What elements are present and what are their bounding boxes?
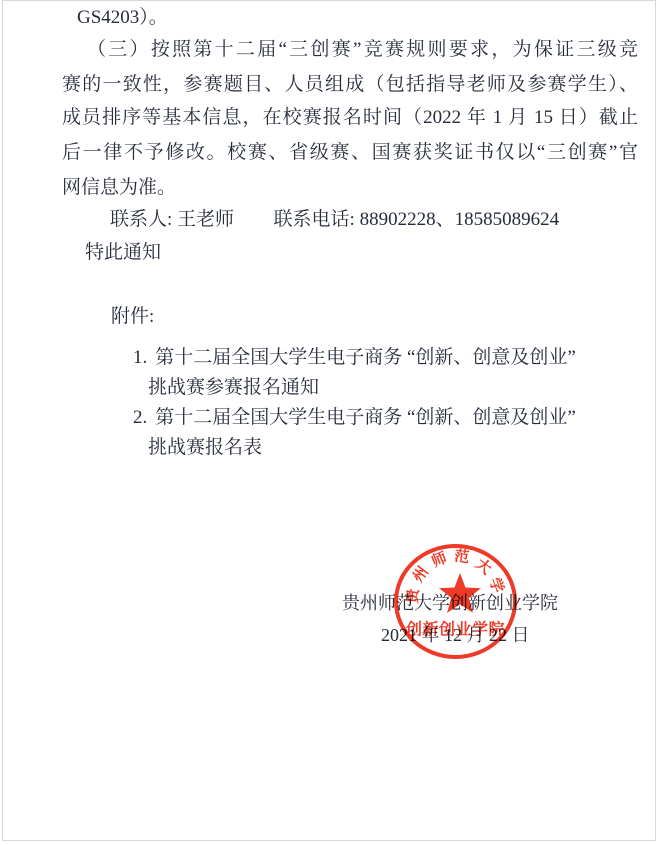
paragraph-line-5: 网信息为准。 (62, 176, 638, 200)
attachment-1-line-2: 挑战赛参赛报名通知 (148, 376, 319, 400)
paragraph-line-1: （三）按照第十二届“三创赛”竞赛规则要求，为保证三级竞 (62, 38, 638, 62)
contact-person-name: 王老师 (177, 209, 234, 230)
attachment-2-number: 2. (133, 406, 147, 430)
document-page: GS4203）。 （三）按照第十二届“三创赛”竞赛规则要求，为保证三级竞 赛的一… (0, 0, 661, 845)
contact-phone-label: 联系电话: (274, 209, 355, 230)
paragraph-line-2: 赛的一致性，参赛题目、人员组成（包括指导老师及参赛学生）、 (62, 73, 638, 97)
official-seal: 贵 州 师 范 大 学 创新创业学院 (394, 544, 517, 659)
attachment-item-2: 2. 第十二届全国大学生电子商务 “创新、创意及创业” (133, 406, 576, 430)
attachment-1-number: 1. (133, 346, 147, 370)
contact-person-label: 联系人: (110, 209, 172, 230)
seal-arc-char-4: 范 (453, 545, 471, 568)
attachment-item-1: 1. 第十二届全国大学生电子商务 “创新、创意及创业” (133, 346, 576, 370)
seal-arc-char-1: 贵 (401, 588, 423, 605)
attachments-label: 附件: (111, 305, 154, 329)
paragraph-line-4: 后一律不予修改。校赛、省级赛、国赛获奖证书仅以“三创赛”官 (62, 141, 638, 165)
overflow-line: GS4203）。 (77, 6, 168, 30)
contact-phone-numbers: 88902228、18585089624 (360, 209, 560, 230)
seal-banner-text: 创新创业学院 (406, 617, 505, 640)
paragraph-line-3: 成员排序等基本信息，在校赛报名时间（2022 年 1 月 15 日）截止 (62, 106, 638, 130)
contact-line: 联系人: 王老师 联系电话: 88902228、18585089624 (110, 208, 559, 232)
attachment-1-line-1: 第十二届全国大学生电子商务 “创新、创意及创业” (155, 346, 576, 370)
closing-line: 特此通知 (85, 241, 161, 265)
star-icon (437, 572, 483, 618)
attachment-2-line-2: 挑战赛报名表 (148, 436, 262, 460)
attachment-2-line-1: 第十二届全国大学生电子商务 “创新、创意及创业” (155, 406, 576, 430)
